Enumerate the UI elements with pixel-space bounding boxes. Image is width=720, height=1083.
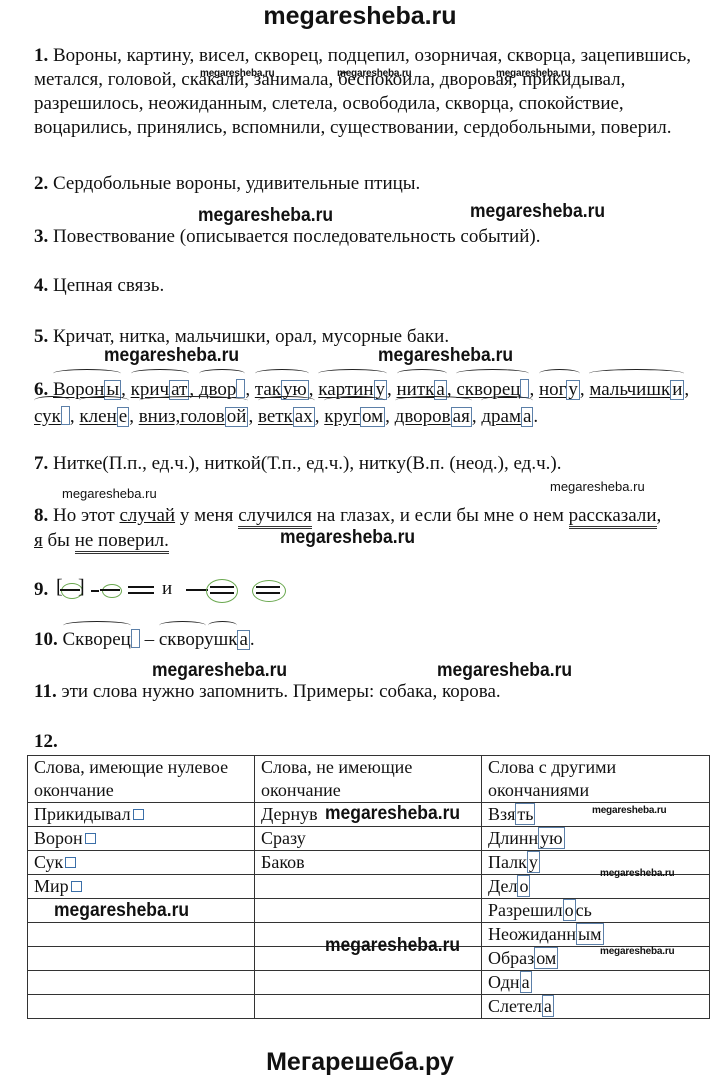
ending-box: а bbox=[521, 407, 533, 427]
word-stem: мальчишк bbox=[589, 379, 670, 400]
predicate-word: случился bbox=[238, 505, 312, 529]
ending-box: ой bbox=[225, 407, 249, 427]
watermark: megaresheba.ru bbox=[496, 68, 570, 79]
word-stem: клен bbox=[79, 406, 116, 427]
word-stem: Неожиданн bbox=[488, 924, 576, 944]
table-header-row: Слова, имеющие нулевое окончание Слова, … bbox=[28, 756, 710, 803]
separator: , bbox=[315, 406, 325, 427]
root-arc bbox=[139, 396, 249, 405]
table-row: Одна bbox=[28, 971, 710, 995]
cell-zero-ending: Ворон bbox=[28, 827, 255, 851]
watermark: megaresheba.ru bbox=[200, 68, 274, 79]
separator: . bbox=[533, 406, 538, 427]
cell-zero-ending: Сук bbox=[28, 851, 255, 875]
zero-ending-box bbox=[85, 833, 96, 844]
period: . bbox=[250, 629, 255, 650]
root-arc bbox=[255, 369, 309, 378]
word-stem: Палк bbox=[488, 852, 527, 872]
separator: , bbox=[309, 379, 319, 400]
watermark: megaresheba.ru bbox=[54, 900, 189, 922]
root-arc bbox=[34, 396, 70, 405]
parsed-word: кругом bbox=[324, 403, 385, 430]
item-1: 1. Вороны, картину, висел, скворец, подц… bbox=[34, 44, 714, 140]
watermark: megaresheba.ru bbox=[437, 660, 572, 682]
item-8-text: бы bbox=[43, 530, 75, 551]
word-stem: ног bbox=[539, 379, 566, 400]
endings-table: Слова, имеющие нулевое окончание Слова, … bbox=[27, 755, 710, 1019]
item-11-text: эти слова нужно запомнить. Примеры: соба… bbox=[61, 681, 500, 702]
root-arc bbox=[539, 369, 580, 378]
word-stem: дворов bbox=[395, 406, 451, 427]
item-11-number: 11. bbox=[34, 681, 57, 702]
ending-box: ую bbox=[538, 827, 564, 849]
ending-box: а bbox=[520, 971, 532, 993]
item-8-text: , bbox=[657, 505, 662, 526]
watermark: megaresheba.ru bbox=[104, 345, 239, 367]
item-4: 4. Цепная связь. bbox=[34, 274, 714, 298]
watermark: megaresheba.ru bbox=[62, 486, 157, 501]
cell-zero-ending bbox=[28, 971, 255, 995]
cell-other-ending: Слетела bbox=[482, 995, 710, 1019]
scheme-line bbox=[60, 589, 80, 591]
word-stem: Одн bbox=[488, 972, 520, 992]
scheme-oval bbox=[102, 584, 122, 598]
item-10-number: 10. bbox=[34, 629, 58, 650]
root-arc bbox=[589, 369, 684, 378]
cell-other-ending: Разрешилось bbox=[482, 899, 710, 923]
separator: , bbox=[385, 406, 395, 427]
parsed-word: клене bbox=[79, 403, 129, 430]
watermark: megaresheba.ru bbox=[198, 205, 333, 227]
separator: , bbox=[580, 379, 590, 400]
header-zero-ending: Слова, имеющие нулевое окончание bbox=[28, 756, 255, 803]
ending-box: а bbox=[237, 630, 249, 650]
scheme-oval bbox=[252, 580, 286, 602]
item-8-number: 8. bbox=[34, 505, 48, 526]
word-stem: круг bbox=[324, 406, 360, 427]
parsed-word: сук bbox=[34, 403, 70, 430]
word-text: Скворец bbox=[63, 629, 131, 650]
ending-box: ом bbox=[534, 947, 558, 969]
parsed-word: ветках bbox=[258, 403, 315, 430]
ending-box: и bbox=[670, 380, 684, 400]
root-arc bbox=[258, 396, 315, 405]
item-2-text: Сердобольные вороны, удивительные птицы. bbox=[53, 173, 420, 194]
watermark: megaresheba.ru bbox=[325, 803, 460, 825]
cell-no-ending: Баков bbox=[255, 851, 482, 875]
parsed-word: драма bbox=[481, 403, 533, 430]
predicate-line bbox=[210, 586, 234, 588]
ending-box: ым bbox=[576, 923, 603, 945]
item-8-text: у меня bbox=[175, 505, 238, 526]
cell-no-ending bbox=[255, 971, 482, 995]
item-1-number: 1. bbox=[34, 45, 48, 66]
cell-other-ending: Длинную bbox=[482, 827, 710, 851]
cell-other-ending: Неожиданным bbox=[482, 923, 710, 947]
cell-no-ending bbox=[255, 995, 482, 1019]
item-6-words: Вороны, кричат, двор, такую, картину, ни… bbox=[34, 379, 689, 427]
cell-other-ending: Дело bbox=[482, 875, 710, 899]
parsed-word: ногу bbox=[539, 376, 580, 403]
predicate-line bbox=[256, 586, 280, 588]
item-12-number: 12. bbox=[34, 731, 58, 752]
item-2: 2. Сердобольные вороны, удивительные пти… bbox=[34, 172, 714, 196]
item-7: 7. Нитке(П.п., ед.ч.), ниткой(Т.п., ед.ч… bbox=[34, 452, 714, 476]
watermark: megaresheba.ru bbox=[592, 805, 666, 816]
subject-word: я bbox=[34, 530, 43, 551]
item-5-text: Кричат, нитка, мальчишки, орал, мусорные… bbox=[53, 326, 449, 347]
watermark: megaresheba.ru bbox=[325, 935, 460, 957]
word-stem: сук bbox=[34, 406, 61, 427]
header-other-endings: Слова с другими окончаниями bbox=[482, 756, 710, 803]
word-stem: ветк bbox=[258, 406, 293, 427]
separator: , bbox=[387, 379, 397, 400]
word-stem: Взя bbox=[488, 804, 515, 824]
watermark: megaresheba.ru bbox=[280, 527, 415, 549]
cell-zero-ending bbox=[28, 923, 255, 947]
separator: , bbox=[70, 406, 80, 427]
site-header: megaresheba.ru bbox=[0, 2, 720, 31]
root-arc bbox=[395, 396, 472, 405]
word-stem: вниз,голов bbox=[139, 406, 225, 427]
word-text: Прикидывал bbox=[34, 804, 131, 824]
cell-no-ending bbox=[255, 875, 482, 899]
root-arc bbox=[159, 621, 206, 630]
ending-box: а bbox=[542, 995, 554, 1017]
word-stem: скворушк bbox=[159, 628, 238, 652]
root-arc bbox=[199, 369, 246, 378]
watermark: megaresheba.ru bbox=[600, 868, 674, 879]
ending-box: е bbox=[117, 407, 129, 427]
word-stem: Образ bbox=[488, 948, 534, 968]
ending-box: ть bbox=[515, 803, 535, 825]
item-8-text: на глазах, и если бы мне о нем bbox=[312, 505, 569, 526]
watermark: megaresheba.ru bbox=[550, 479, 645, 494]
item-3-text: Повествование (описывается последователь… bbox=[53, 226, 540, 247]
scheme-oval bbox=[206, 579, 238, 603]
ending-box: ах bbox=[293, 407, 315, 427]
item-7-number: 7. bbox=[34, 453, 48, 474]
item-3: 3. Повествование (описывается последоват… bbox=[34, 225, 714, 249]
zero-ending-box bbox=[133, 809, 144, 820]
ending-box bbox=[236, 379, 245, 398]
separator: , bbox=[529, 379, 539, 400]
word-stem: Длинн bbox=[488, 828, 538, 848]
predicate-word: рассказали bbox=[569, 505, 657, 529]
zero-ending-box bbox=[65, 857, 76, 868]
scheme-line bbox=[186, 589, 208, 591]
ending-box: у bbox=[527, 851, 540, 873]
table-row: ВоронСразуДлинную bbox=[28, 827, 710, 851]
predicate-word: не поверил. bbox=[75, 530, 169, 554]
cell-zero-ending bbox=[28, 995, 255, 1019]
word-stem: драм bbox=[481, 406, 521, 427]
table-row: Слетела bbox=[28, 995, 710, 1019]
cell-no-ending bbox=[255, 899, 482, 923]
root-arc bbox=[397, 369, 447, 378]
parsed-word: мальчишки bbox=[589, 376, 684, 403]
watermark: megaresheba.ru bbox=[378, 345, 513, 367]
cell-zero-ending: Мир bbox=[28, 875, 255, 899]
cell-no-ending: Сразу bbox=[255, 827, 482, 851]
separator: , bbox=[472, 406, 482, 427]
root-arc bbox=[131, 369, 190, 378]
ending-box bbox=[520, 379, 529, 398]
watermark: megaresheba.ru bbox=[470, 201, 605, 223]
ending-box: о bbox=[563, 899, 576, 921]
separator: , bbox=[248, 406, 258, 427]
item-8-text: Но этот bbox=[53, 505, 119, 526]
root-arc bbox=[63, 621, 131, 630]
item-12: 12. bbox=[34, 730, 714, 754]
ending-box: ом bbox=[360, 407, 385, 427]
scheme-line bbox=[100, 589, 120, 591]
word-text: Ворон bbox=[34, 828, 83, 848]
item-4-text: Цепная связь. bbox=[53, 275, 164, 296]
dash: – bbox=[140, 629, 159, 650]
root-arc bbox=[481, 396, 533, 405]
subject-word: случай bbox=[119, 505, 175, 526]
bracket-close: ] bbox=[78, 576, 85, 599]
predicate-line bbox=[128, 592, 154, 594]
cell-other-ending: Палку bbox=[482, 851, 710, 875]
postfix: сь bbox=[576, 900, 592, 920]
predicate-line bbox=[256, 592, 280, 594]
item-1-text: Вороны, картину, висел, скворец, подцепи… bbox=[34, 45, 691, 138]
item-2-number: 2. bbox=[34, 173, 48, 194]
parsed-word: дворовая bbox=[395, 403, 472, 430]
zero-ending-box bbox=[71, 881, 82, 892]
item-10: 10. Скворец – скворушка. bbox=[34, 628, 714, 652]
item-6: 6. Вороны, кричат, двор, такую, картину,… bbox=[34, 376, 714, 430]
word-stem: Слетел bbox=[488, 996, 542, 1016]
word-stem: Дел bbox=[488, 876, 517, 896]
item-11: 11. эти слова нужно запомнить. Примеры: … bbox=[34, 680, 714, 704]
ending-box bbox=[61, 406, 70, 425]
watermark: megaresheba.ru bbox=[337, 68, 411, 79]
cell-zero-ending: Прикидывал bbox=[28, 803, 255, 827]
scheme-dash bbox=[91, 590, 99, 592]
root-arc bbox=[318, 369, 387, 378]
cell-other-ending: Одна bbox=[482, 971, 710, 995]
root-arc bbox=[324, 396, 385, 405]
separator: , bbox=[684, 379, 689, 400]
root-arc bbox=[456, 369, 529, 378]
item-3-number: 3. bbox=[34, 226, 48, 247]
predicate-line bbox=[128, 586, 154, 588]
ending-box: ая bbox=[451, 407, 472, 427]
separator: , bbox=[129, 406, 139, 427]
word-stem: Разрешил bbox=[488, 900, 563, 920]
sentence-scheme: [ ] и bbox=[34, 578, 334, 602]
site-footer: Мегарешеба.ру bbox=[0, 1048, 720, 1077]
word-text: Сук bbox=[34, 852, 63, 872]
item-4-number: 4. bbox=[34, 275, 48, 296]
ending-box bbox=[131, 629, 140, 648]
cell-zero-ending bbox=[28, 947, 255, 971]
word-text: Мир bbox=[34, 876, 69, 896]
cell-other-ending: Образом bbox=[482, 947, 710, 971]
item-7-text: Нитке(П.п., ед.ч.), ниткой(Т.п., ед.ч.),… bbox=[53, 453, 561, 474]
ending-box: о bbox=[517, 875, 530, 897]
header-no-ending: Слова, не имеющие окончание bbox=[255, 756, 482, 803]
parsed-word: вниз,головой bbox=[139, 403, 249, 430]
ending-box: у bbox=[566, 380, 580, 400]
root-arc bbox=[79, 396, 129, 405]
word-text: скворушк bbox=[159, 629, 238, 650]
separator: , bbox=[245, 379, 255, 400]
suffix-arc bbox=[208, 621, 238, 630]
predicate-line bbox=[210, 592, 234, 594]
word-stem: Скворец bbox=[63, 628, 131, 652]
scheme-conjunction: и bbox=[162, 578, 172, 600]
item-5-number: 5. bbox=[34, 326, 48, 347]
root-arc bbox=[53, 369, 121, 378]
watermark: megaresheba.ru bbox=[152, 660, 287, 682]
watermark: megaresheba.ru bbox=[600, 946, 674, 957]
